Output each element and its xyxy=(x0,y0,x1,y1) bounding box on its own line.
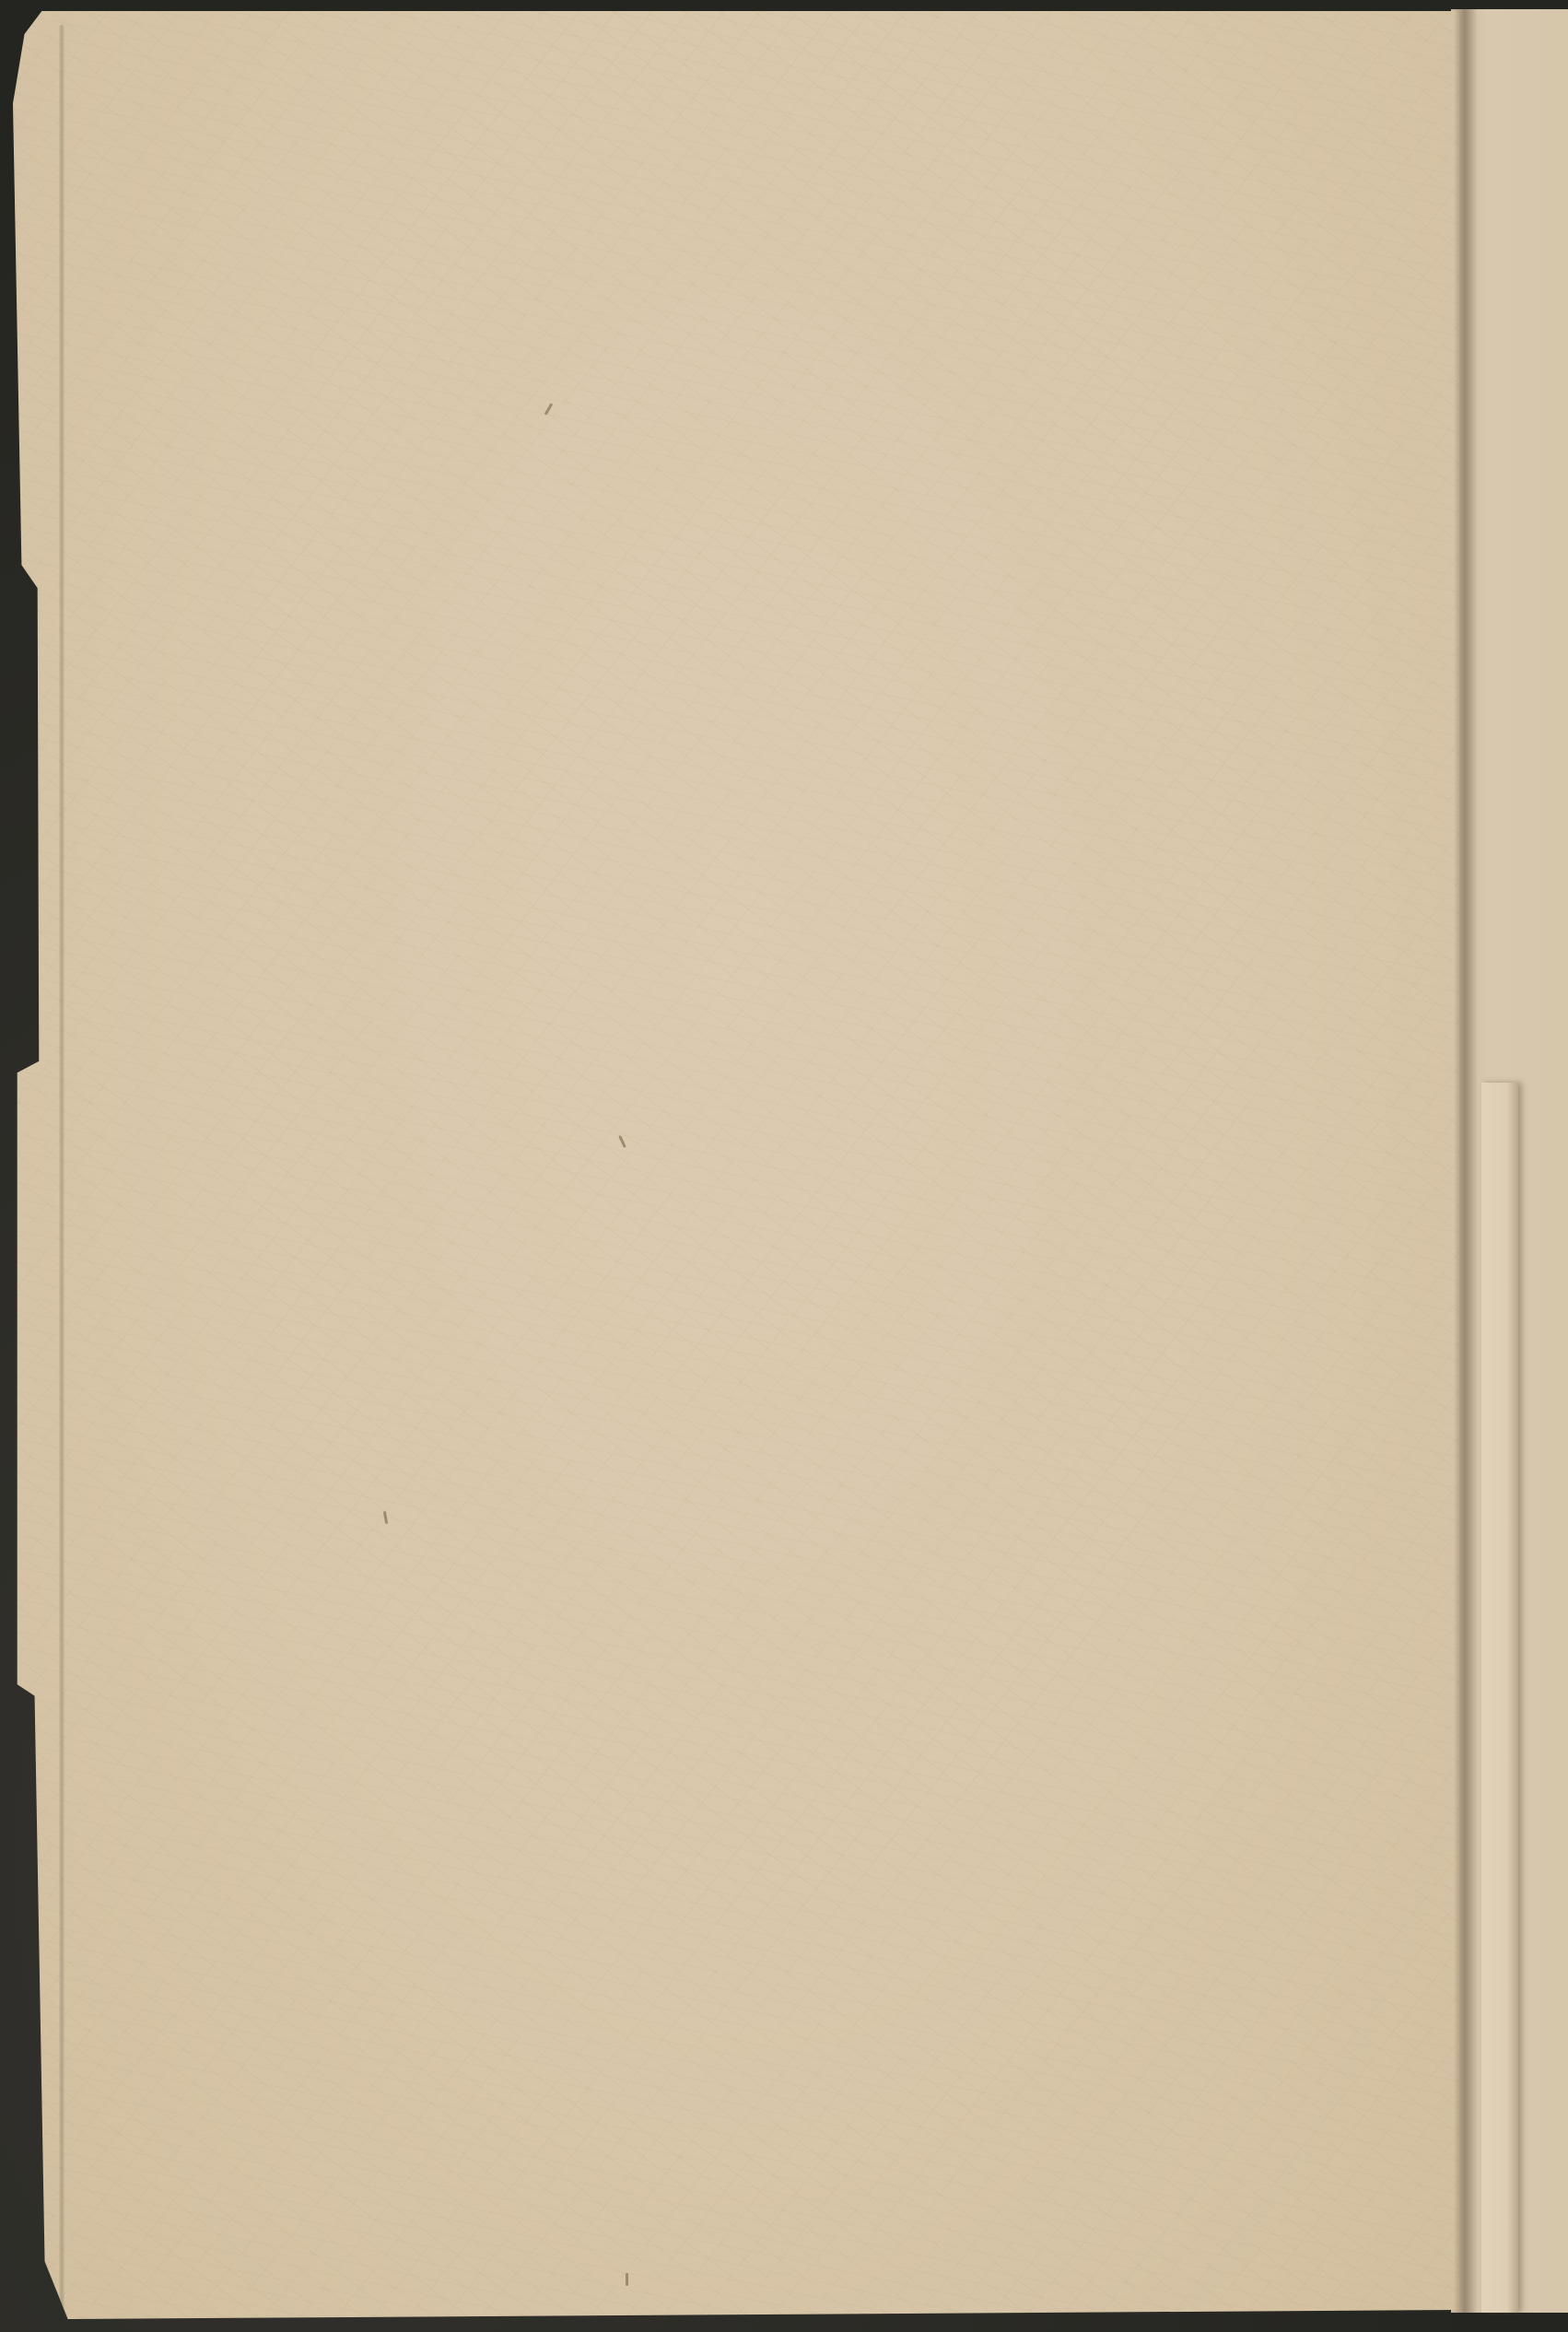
page-text xyxy=(123,158,1349,2172)
blank-paper-page xyxy=(13,11,1459,2319)
paper-fleck xyxy=(626,2273,628,2286)
adjacent-page-tab xyxy=(1481,1083,1518,2313)
book-gutter-shadow xyxy=(1454,9,1478,2313)
page-fold-line xyxy=(59,25,64,2310)
